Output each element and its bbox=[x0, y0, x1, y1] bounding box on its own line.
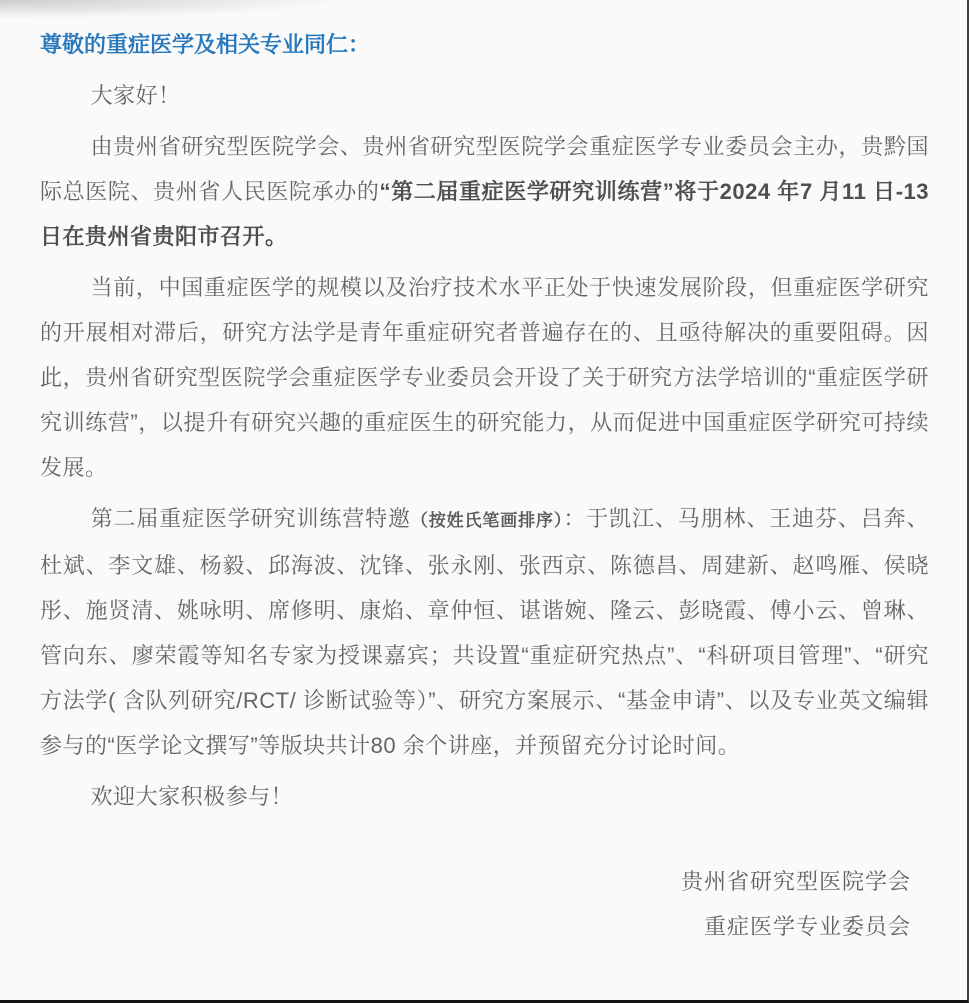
signature-block: 贵州省研究型医院学会 重症医学专业委员会 bbox=[40, 859, 929, 949]
greeting-line: 大家好！ bbox=[40, 73, 929, 118]
background-paragraph: 当前，中国重症医学的规模以及治疗技术水平正处于快速发展阶段，但重症医学研究的开展… bbox=[40, 265, 929, 490]
faculty-paragraph: 第二届重症医学研究训练营特邀（按姓氏笔画排序）：于凯江、马朋林、王迪芬、吕奔、杜… bbox=[40, 496, 929, 768]
signature-line-committee: 重症医学专业委员会 bbox=[40, 904, 911, 949]
invitation-letter: 尊敬的重症医学及相关专业同仁： 大家好！ 由贵州省研究型医院学会、贵州省研究型医… bbox=[0, 0, 969, 1003]
faculty-body: ：于凯江、马朋林、王迪芬、吕奔、杜斌、李文雄、杨毅、邱海波、沈锋、张永刚、张西京… bbox=[40, 506, 929, 758]
faculty-lead: 第二届重症医学研究训练营特邀 bbox=[91, 506, 411, 531]
sort-order-note: （按姓氏笔画排序） bbox=[411, 511, 563, 530]
signature-line-society: 贵州省研究型医院学会 bbox=[40, 859, 911, 904]
closing-line: 欢迎大家积极参与！ bbox=[40, 774, 929, 819]
host-paragraph: 由贵州省研究型医院学会、贵州省研究型医院学会重症医学专业委员会主办，贵黔国际总医… bbox=[40, 124, 929, 259]
salutation-line: 尊敬的重症医学及相关专业同仁： bbox=[40, 22, 929, 67]
